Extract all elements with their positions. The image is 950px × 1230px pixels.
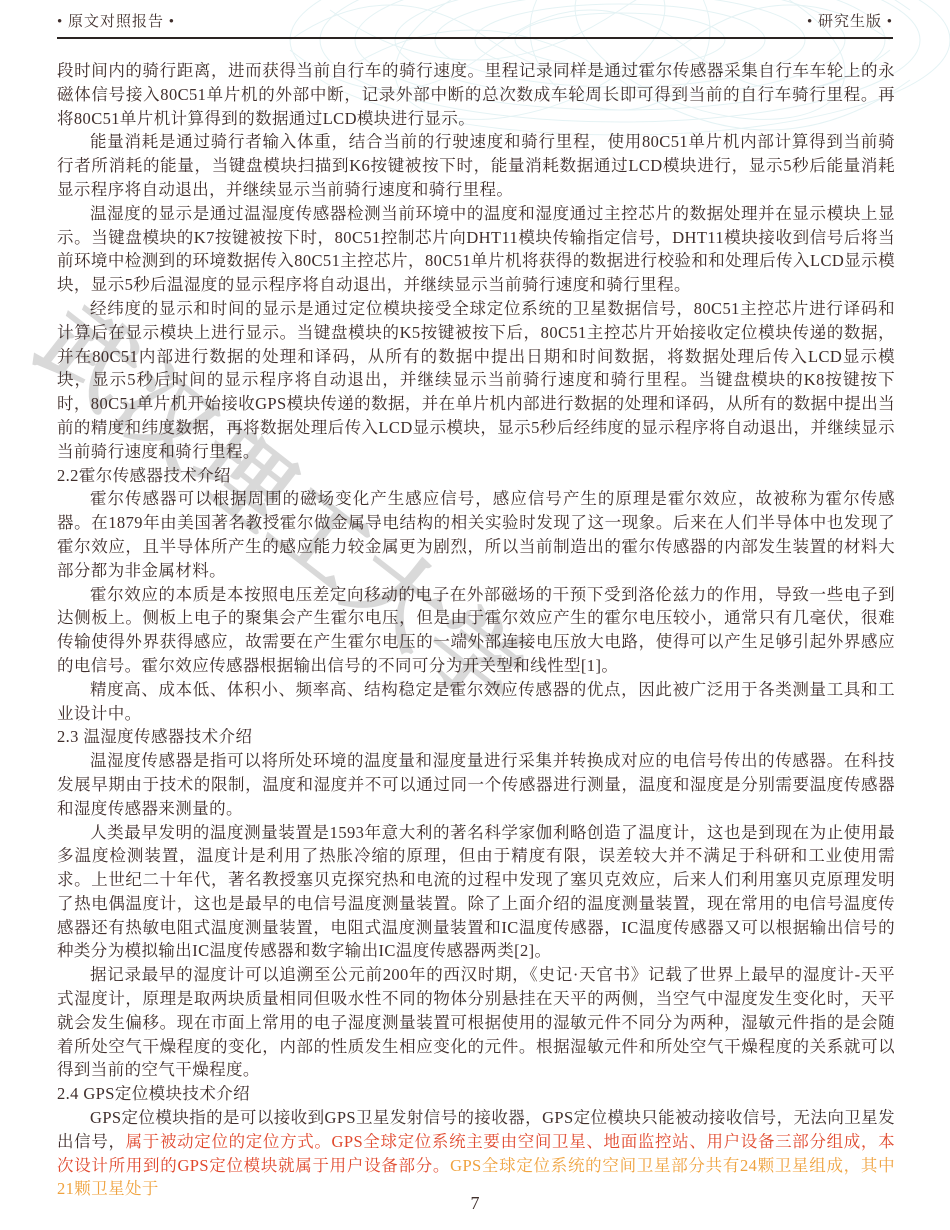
paragraph-gps-module: GPS定位模块指的是可以接收到GPS卫星发射信号的接收器，GPS定位模块只能被动… xyxy=(57,1106,895,1201)
report-body: 段时间内的骑行距离，进而获得当前自行车的骑行速度。里程记录同样是通过霍尔传感器采… xyxy=(57,59,895,1201)
paragraph-temp-humidity-display: 温湿度的显示是通过温湿度传感器检测当前环境中的温度和湿度通过主控芯片的数据处理并… xyxy=(57,202,895,297)
paragraph-gps-display: 经纬度的显示和时间的显示是通过定位模块接受全球定位系统的卫星数据信号，80C51… xyxy=(57,297,895,464)
paragraph-hall-advantages: 精度高、成本低、体积小、频率高、结构稳定是霍尔效应传感器的优点，因此被广泛用于各… xyxy=(57,678,895,726)
header-left-label: • 原文对照报告 • xyxy=(57,10,175,31)
section-heading-2-3: 2.3 温湿度传感器技术介绍 xyxy=(57,725,895,749)
report-page: 武汉理工大学 • 原文对照报告 • • 研究生版 • 段时间内的骑行距离，进而获… xyxy=(0,0,950,1230)
page-number: 7 xyxy=(0,1193,950,1214)
header-divider xyxy=(57,37,893,39)
paragraph-thermometer-history: 人类最早发明的温度测量装置是1593年意大利的著名科学家伽利略创造了温度计，这也… xyxy=(57,821,895,964)
paragraph-hall-sensor-intro: 霍尔传感器可以根据周围的磁场变化产生感应信号，感应信号产生的原理是霍尔效应，故被… xyxy=(57,487,895,582)
paragraph-temp-humidity-sensor: 温湿度传感器是指可以将所处环境的温度量和湿度量进行采集并转换成对应的电信号传出的… xyxy=(57,749,895,820)
page-header: • 原文对照报告 • • 研究生版 • xyxy=(0,0,950,37)
paragraph-hall-effect: 霍尔效应的本质是本按照电压差定向移动的电子在外部磁场的干预下受到洛伦兹力的作用，… xyxy=(57,583,895,678)
paragraph-hygrometer-history: 据记录最早的湿度计可以追溯至公元前200年的西汉时期，《史记·天官书》记载了世界… xyxy=(57,963,895,1082)
header-right-label: • 研究生版 • xyxy=(807,10,893,31)
paragraph-speed-mileage: 段时间内的骑行距离，进而获得当前自行车的骑行速度。里程记录同样是通过霍尔传感器采… xyxy=(57,59,895,130)
section-heading-2-4: 2.4 GPS定位模块技术介绍 xyxy=(57,1082,895,1106)
section-heading-2-2: 2.2霍尔传感器技术介绍 xyxy=(57,464,895,488)
paragraph-energy: 能量消耗是通过骑行者输入体重，结合当前的行驶速度和骑行里程，使用80C51单片机… xyxy=(57,130,895,201)
